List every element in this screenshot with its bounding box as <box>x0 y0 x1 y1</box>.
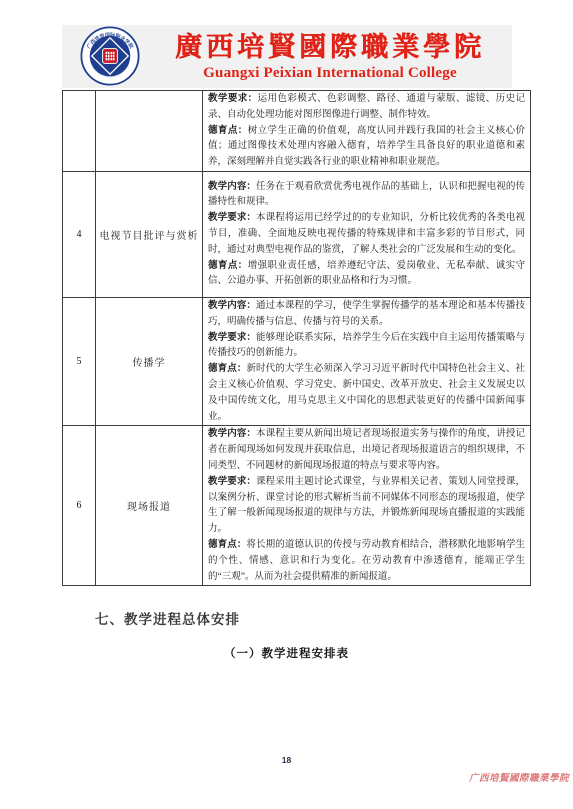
detail-segment: 德育点：树立学生正确的价值观，高度认同并践行我国的社会主义核心价值；通过图像技术… <box>208 124 525 171</box>
detail-segment: 教学要求：运用色彩模式、色彩调整、路径、通道与蒙版、滤镜、历史记录、自动化处理功… <box>208 92 525 124</box>
course-name-cell: 电视节目批评与赏析 <box>96 171 203 297</box>
segment-label: 教学内容： <box>208 429 256 439</box>
course-detail-cell: 教学内容：通过本课程的学习，使学生掌握传播学的基本理论和基本传播技巧，明确传播与… <box>203 297 531 425</box>
footer-watermark: 广西培賢國際職業學院 <box>469 770 569 784</box>
segment-label: 教学要求： <box>208 477 256 487</box>
table-row-continuation: 教学要求：运用色彩模式、色彩调整、路径、通道与蒙版、滤镜、历史记录、自动化处理功… <box>63 91 531 172</box>
table-row: 6 现场报道 教学内容：本课程主要从新闻出境记者现场报道实务与操作的角度，讲授记… <box>63 426 531 586</box>
segment-text: 将长期的道德认识的传授与劳动教育相结合，潜移默化地影响学生的个性、情感、意识和行… <box>208 540 525 582</box>
detail-segment: 教学内容：任务在于观看欣赏优秀电视作品的基础上，认识和把握电视的传播特性和规律。 <box>208 180 525 212</box>
segment-label: 德育点： <box>208 261 248 271</box>
detail-segment: 教学要求：课程采用主题讨论式课堂，与业界相关记者、策划人同堂授课，以案例分析、课… <box>208 475 525 538</box>
table-row: 4 电视节目批评与赏析 教学内容：任务在于观看欣赏优秀电视作品的基础上，认识和把… <box>63 171 531 297</box>
row-number-cell: 6 <box>63 426 96 586</box>
row-number-cell <box>63 91 96 172</box>
segment-label: 教学内容： <box>208 301 256 311</box>
college-name-english: Guangxi Peixian International College <box>154 64 506 82</box>
segment-label: 教学要求： <box>208 333 256 343</box>
segment-text: 任务在于观看欣赏优秀电视作品的基础上，认识和把握电视的传播特性和规律。 <box>208 182 525 208</box>
section-subheading: （一）教学进程安排表 <box>0 645 573 661</box>
detail-segment: 教学要求：本课程将运用已经学过的的专业知识，分析比较优秀的各类电视节目，准确、全… <box>208 211 525 258</box>
segment-text: 本课程主要从新闻出境记者现场报道实务与操作的角度，讲授记者在新闻现场如何发现并获… <box>208 429 525 471</box>
segment-text: 课程采用主题讨论式课堂，与业界相关记者、策划人同堂授课，以案例分析、课堂讨论的形… <box>208 477 525 534</box>
segment-text: 新时代的大学生必须深入学习习近平新时代中国特色社会主义、社会主义核心价值观、学习… <box>208 364 525 421</box>
course-name-cell: 传播学 <box>96 297 203 425</box>
segment-label: 德育点： <box>208 364 246 374</box>
segment-label: 教学要求： <box>208 213 256 223</box>
course-name-cell <box>96 91 203 172</box>
college-logo: 广西培贤国际职业学院 GUANGXI PEIXIAN INTERNATIONAL… <box>80 26 140 86</box>
college-titles: 廣西培賢國際職業學院 Guangxi Peixian International… <box>154 30 506 82</box>
detail-segment: 德育点：将长期的道德认识的传授与劳动教育相结合，潜移默化地影响学生的个性、情感、… <box>208 538 525 585</box>
course-detail-cell: 教学内容：本课程主要从新闻出境记者现场报道实务与操作的角度，讲授记者在新闻现场如… <box>203 426 531 586</box>
course-table: 教学要求：运用色彩模式、色彩调整、路径、通道与蒙版、滤镜、历史记录、自动化处理功… <box>62 90 531 586</box>
segment-label: 德育点： <box>208 540 246 550</box>
college-header-banner: 广西培贤国际职业学院 GUANGXI PEIXIAN INTERNATIONAL… <box>62 25 512 88</box>
course-detail-cell: 教学内容：任务在于观看欣赏优秀电视作品的基础上，认识和把握电视的传播特性和规律。… <box>203 171 531 297</box>
segment-label: 德育点： <box>208 126 248 136</box>
course-detail-cell: 教学要求：运用色彩模式、色彩调整、路径、通道与蒙版、滤镜、历史记录、自动化处理功… <box>203 91 531 172</box>
segment-text: 增强职业责任感，培养遵纪守法、爱岗敬业、无私奉献、诚实守信、公道办事、开拓创新的… <box>208 261 525 287</box>
detail-segment: 德育点：增强职业责任感，培养遵纪守法、爱岗敬业、无私奉献、诚实守信、公道办事、开… <box>208 259 525 291</box>
segment-label: 教学要求： <box>208 94 258 104</box>
row-number-cell: 5 <box>63 297 96 425</box>
page-number: 18 <box>0 755 573 765</box>
row-number-cell: 4 <box>63 171 96 297</box>
segment-text: 树立学生正确的价值观，高度认同并践行我国的社会主义核心价值；通过图像技术处理内容… <box>208 126 525 168</box>
detail-segment: 教学内容：本课程主要从新闻出境记者现场报道实务与操作的角度，讲授记者在新闻现场如… <box>208 427 525 474</box>
segment-label: 教学内容： <box>208 182 256 192</box>
college-name-chinese: 廣西培賢國際職業學院 <box>154 30 506 64</box>
college-seal-icon: 广西培贤国际职业学院 GUANGXI PEIXIAN INTERNATIONAL… <box>80 26 140 86</box>
document-page: 广西培贤国际职业学院 GUANGXI PEIXIAN INTERNATIONAL… <box>0 0 573 809</box>
segment-text: 通过本课程的学习，使学生掌握传播学的基本理论和基本传播技巧，明确传播与信息、传播… <box>208 301 525 327</box>
detail-segment: 教学内容：通过本课程的学习，使学生掌握传播学的基本理论和基本传播技巧，明确传播与… <box>208 299 525 331</box>
section-heading: 七、教学进程总体安排 <box>95 608 240 628</box>
segment-text: 本课程将运用已经学过的的专业知识，分析比较优秀的各类电视节目，准确、全面地反映电… <box>208 213 525 255</box>
detail-segment: 德育点：新时代的大学生必须深入学习习近平新时代中国特色社会主义、社会主义核心价值… <box>208 362 525 425</box>
segment-text: 能够理论联系实际，培养学生今后在实践中自主运用传播策略与传播技巧的创新能力。 <box>208 333 525 359</box>
detail-segment: 教学要求：能够理论联系实际，培养学生今后在实践中自主运用传播策略与传播技巧的创新… <box>208 331 525 363</box>
course-name-cell: 现场报道 <box>96 426 203 586</box>
table-row: 5 传播学 教学内容：通过本课程的学习，使学生掌握传播学的基本理论和基本传播技巧… <box>63 297 531 425</box>
